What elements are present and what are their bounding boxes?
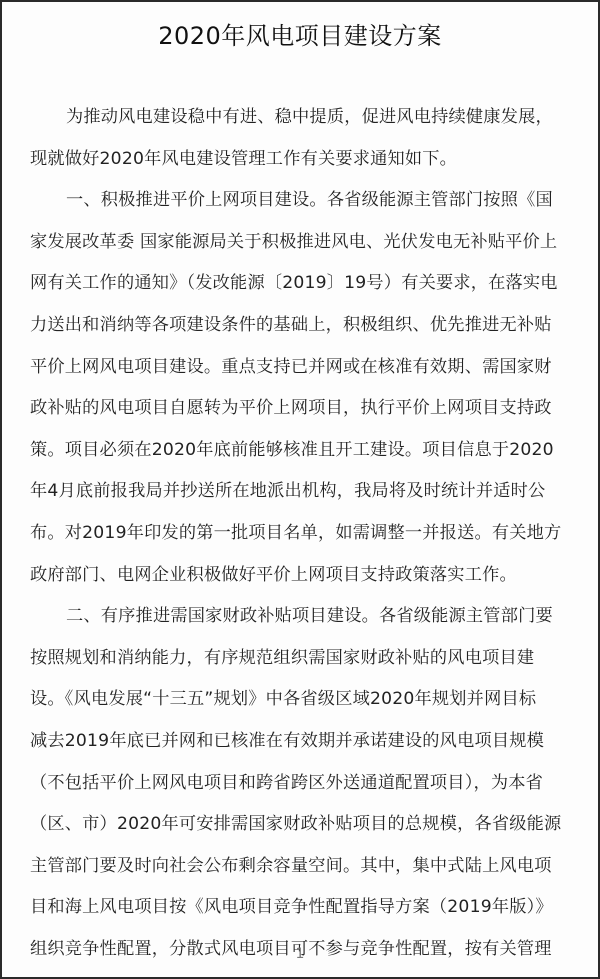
paragraph-line: 年4月底前报我局并抄送所在地派出机构，我局将及时统计并适时公: [30, 471, 566, 513]
paragraph-line: 力送出和消纳等各项建设条件的基础上，积极组织、优先推进无补贴: [30, 305, 566, 347]
paragraph-line: 目和海上风电项目按《风电项目竞争性配置指导方案（2019年版）》: [30, 887, 566, 929]
paragraph-line: 按照规划和消纳能力，有序规范组织需国家财政补贴的风电项目建: [30, 638, 566, 680]
section-heading-line: 二、有序推进需国家财政补贴项目建设。各省级能源主管部门要: [30, 596, 566, 638]
document-title: 2020年风电项目建设方案: [2, 16, 598, 51]
paragraph-line: 现就做好2020年风电建设管理工作有关要求通知如下。: [30, 139, 566, 181]
paragraph-line: （区、市）2020年可安排需国家财政补贴项目的总规模，各省级能源: [30, 804, 566, 846]
paragraph-line: 布。对2019年印发的第一批项目名单，如需调整一并报送。有关地方: [30, 513, 566, 555]
paragraph-line: 策。项目必须在2020年底前能够核准且开工建设。项目信息于2020: [30, 430, 566, 472]
page-number: 1: [2, 946, 598, 962]
section-heading-line: 一、积极推进平价上网项目建设。各省级能源主管部门按照《国: [30, 180, 566, 222]
paragraph-line: （不包括平价上网风电项目和跨省跨区外送通道配置项目），为本省: [30, 763, 566, 805]
paragraph-line: 网有关工作的通知》（发改能源〔2019〕19号）有关要求，在落实电: [30, 263, 566, 305]
paragraph-line: 为推动风电建设稳中有进、稳中提质，促进风电持续健康发展，: [30, 97, 566, 139]
paragraph-line: 政补贴的风电项目自愿转为平价上网项目，执行平价上网项目支持政: [30, 388, 566, 430]
paragraph-line: 平价上网风电项目建设。重点支持已并网或在核准有效期、需国家财: [30, 347, 566, 389]
paragraph-line: 家发展改革委 国家能源局关于积极推进风电、光伏发电无补贴平价上: [30, 222, 566, 264]
paragraph-line: 减去2019年底已并网和已核准在有效期并承诺建设的风电项目规模: [30, 721, 566, 763]
paragraph-line: 主管部门要及时向社会公布剩余容量空间。其中，集中式陆上风电项: [30, 846, 566, 888]
document-page: 2020年风电项目建设方案 为推动风电建设稳中有进、稳中提质，促进风电持续健康发…: [0, 0, 600, 979]
paragraph-line: 政府部门、电网企业积极做好平价上网项目支持政策落实工作。: [30, 555, 566, 597]
paragraph-line: 设。《风电发展“十三五”规划》中各省级区域2020年规划并网目标: [30, 679, 566, 721]
document-body: 为推动风电建设稳中有进、稳中提质，促进风电持续健康发展， 现就做好2020年风电…: [30, 97, 566, 970]
